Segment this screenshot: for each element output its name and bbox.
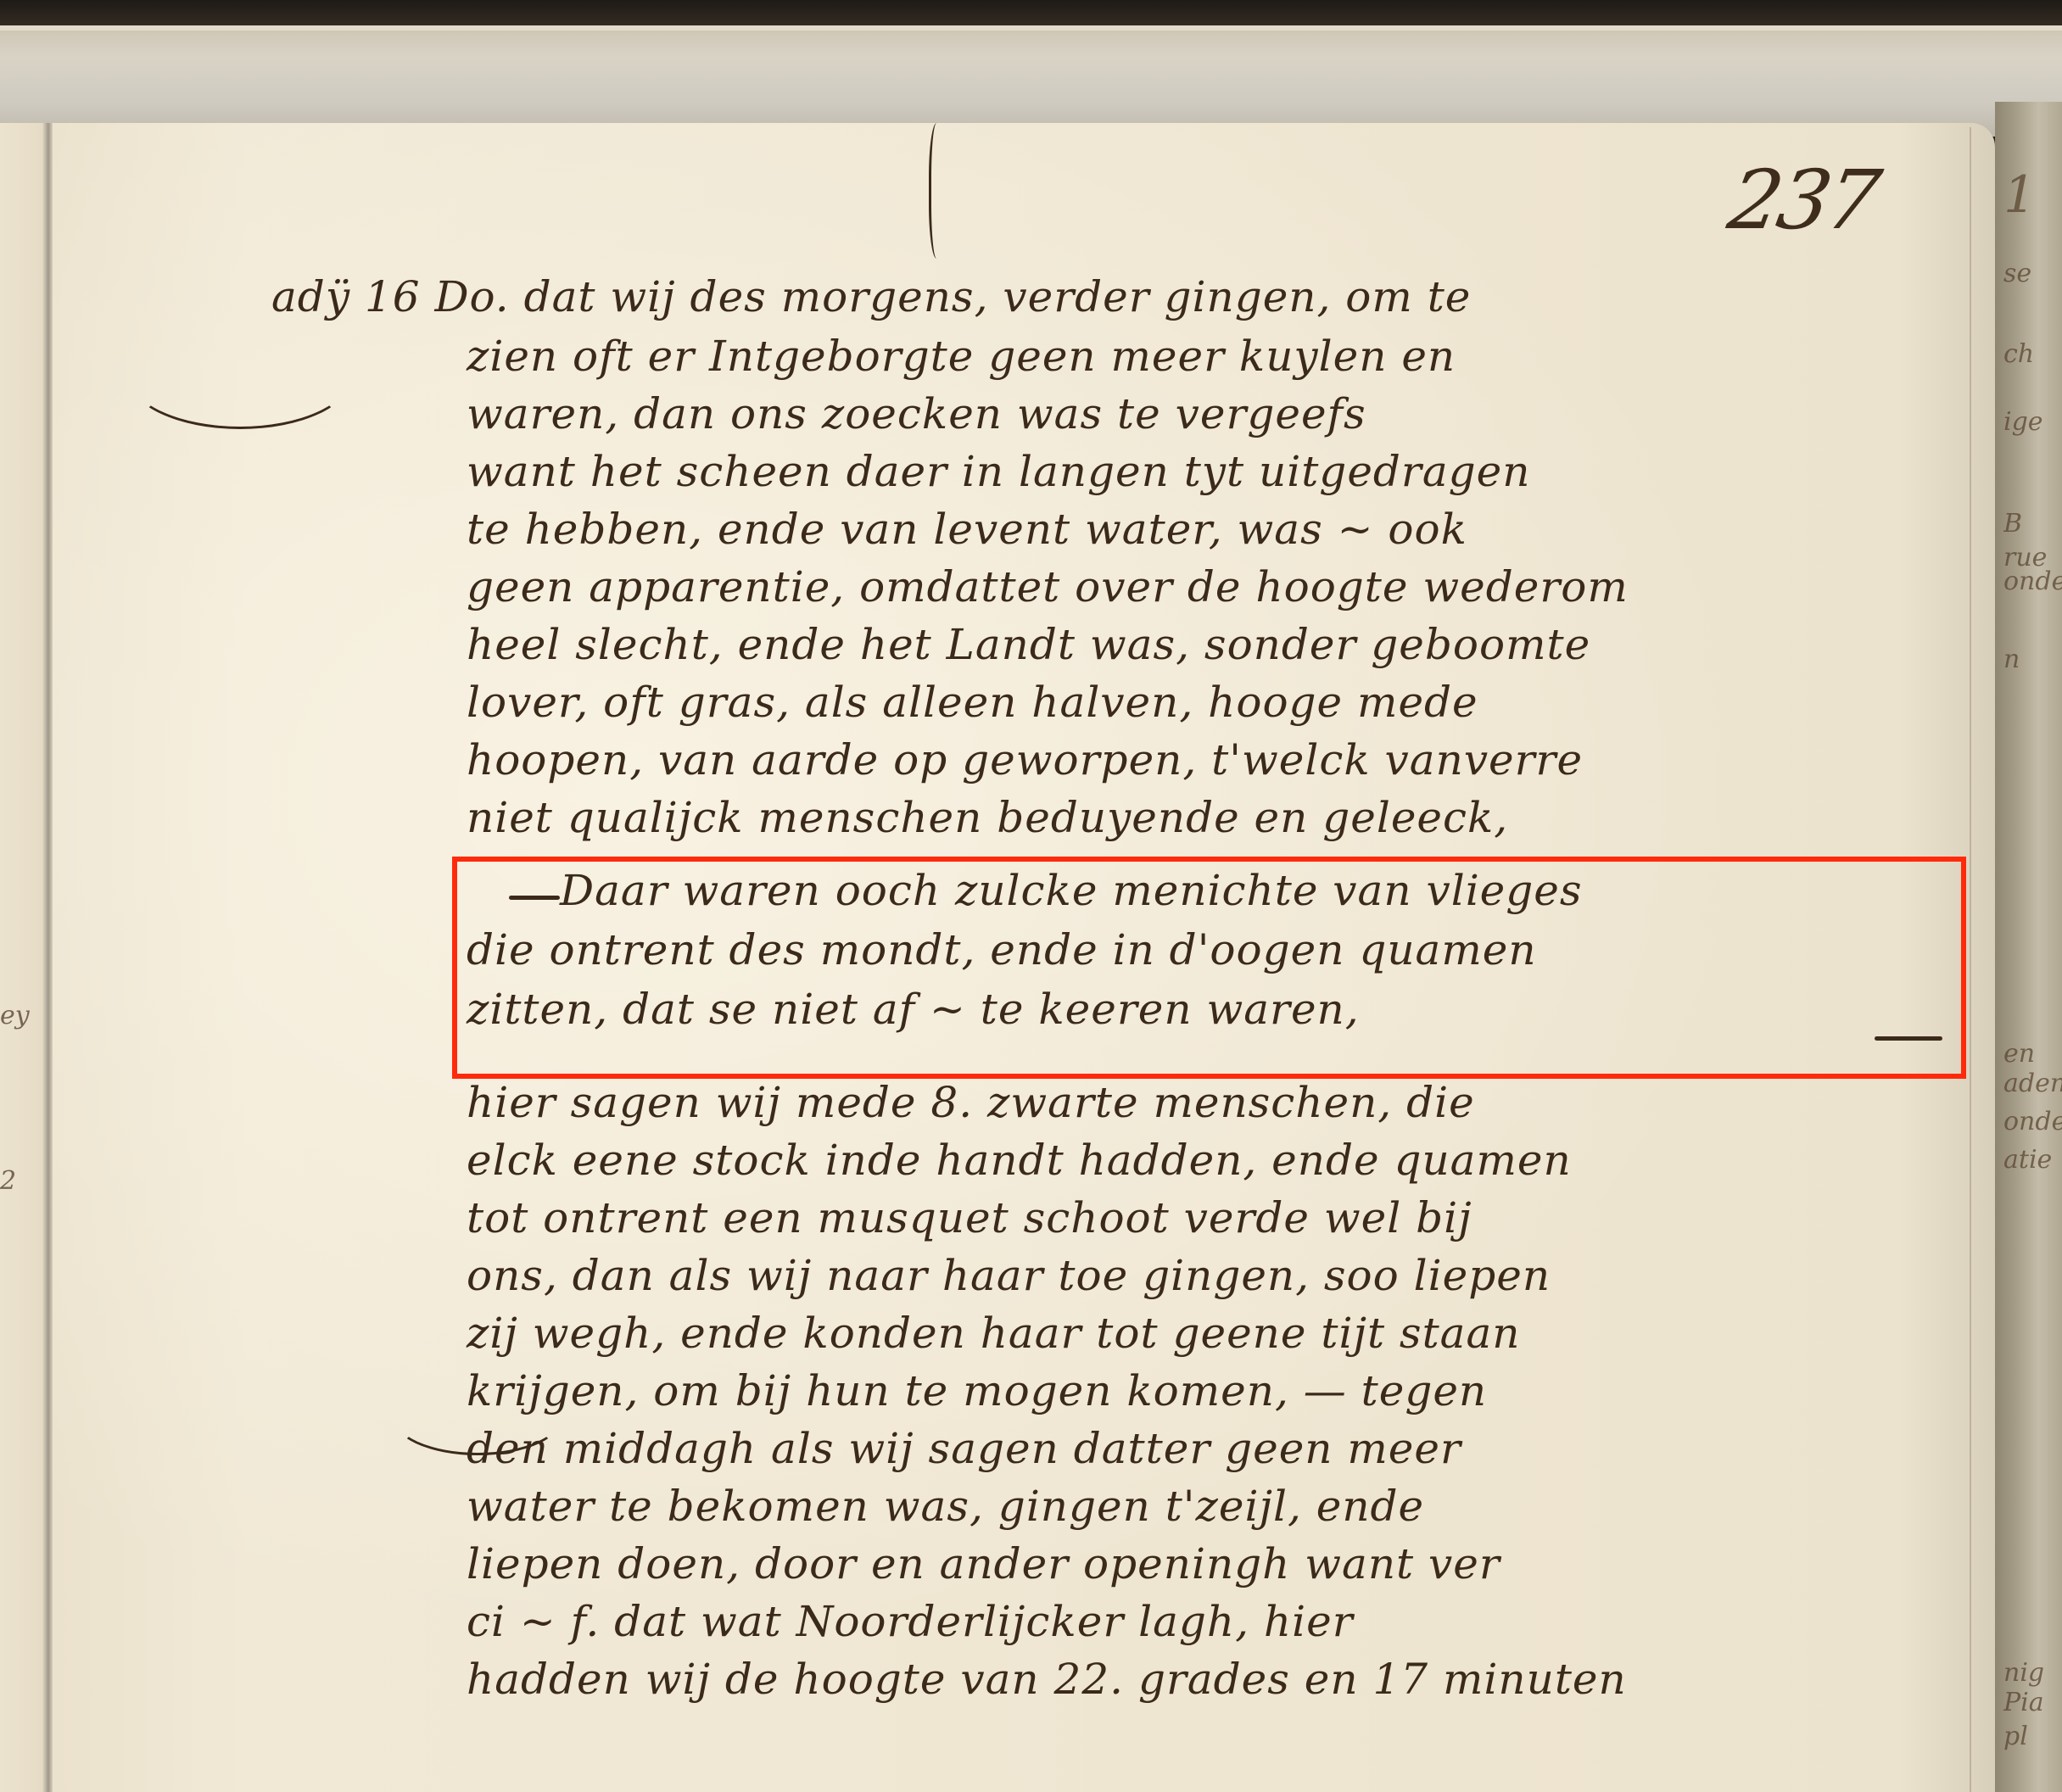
manuscript-line: adÿ 16 Do. dat wij des morgens, verder g… — [271, 271, 1471, 322]
strip-fragment: se — [2003, 259, 2062, 288]
highlight-box — [452, 857, 1966, 1079]
strip-fragment: atie — [2003, 1145, 2062, 1175]
strip-fragment: ch — [2003, 339, 2062, 369]
strip-fragment: 1 — [2003, 165, 2062, 225]
manuscript-line: heel slecht, ende het Landt was, sonder … — [467, 619, 1590, 670]
strip-fragment: aden — [2003, 1069, 2062, 1098]
manuscript-line: krijgen, om bij hun te mogen komen, — te… — [467, 1365, 1487, 1416]
ink-flourish — [127, 322, 353, 429]
manuscript-line: zien oft er Intgeborgte geen meer kuylen… — [467, 331, 1456, 382]
manuscript-line: water te bekomen was, gingen t'zeijl, en… — [467, 1481, 1424, 1532]
manuscript-line: want het scheen daer in langen tyt uitge… — [467, 446, 1530, 497]
strip-fragment: onde — [2003, 1107, 2062, 1136]
page-edge — [1970, 127, 1971, 1792]
strip-fragment: onde — [2003, 567, 2062, 596]
manuscript-line: hoopen, van aarde op geworpen, t'welck v… — [467, 734, 1583, 785]
manuscript-line: ci ~ f. dat wat Noorderlijcker lagh, hie… — [467, 1596, 1354, 1647]
manuscript-line: hadden wij de hoogte van 22. grades en 1… — [467, 1654, 1627, 1705]
strip-fragment: en — [2003, 1039, 2062, 1069]
manuscript-line: niet qualijck menschen beduyende en gele… — [467, 792, 1508, 843]
manuscript-line: waren, dan ons zoecken was te vergeefs — [467, 388, 1366, 439]
manuscript-line: liepen doen, door en ander openingh want… — [467, 1538, 1500, 1589]
ink-flourish — [929, 123, 948, 259]
manuscript-line: geen apparentie, omdattet over de hoogte… — [467, 561, 1629, 612]
left-margin-fragment: 2 — [0, 1166, 16, 1196]
manuscript-line: zij wegh, ende konden haar tot geene tij… — [467, 1308, 1521, 1359]
strip-fragment: n — [2003, 645, 2062, 674]
strip-fragment: B — [2003, 509, 2062, 539]
strip-fragment: pl — [2003, 1722, 2062, 1751]
left-margin-fragment: ey — [0, 1001, 30, 1030]
manuscript-line: hier sagen wij mede 8. zwarte menschen, … — [467, 1077, 1475, 1128]
manuscript-line: ons, dan als wij naar haar toe gingen, s… — [467, 1250, 1551, 1301]
manuscript-line: elck eene stock inde handt hadden, ende … — [467, 1135, 1572, 1186]
strip-fragment: nig — [2003, 1658, 2062, 1688]
strip-fragment: Pia — [2003, 1688, 2062, 1717]
manuscript-line: tot ontrent een musquet schoot verde wel… — [467, 1192, 1472, 1243]
page-number: 237 — [1722, 153, 1884, 248]
manuscript-line: te hebben, ende van levent water, was ~ … — [467, 504, 1467, 555]
left-page-edge — [0, 123, 53, 1792]
book-edge-pages — [0, 25, 2062, 137]
manuscript-line: den middagh als wij sagen datter geen me… — [467, 1423, 1461, 1474]
manuscript-line: lover, oft gras, als alleen halven, hoog… — [467, 677, 1478, 728]
strip-fragment: ige — [2003, 407, 2062, 437]
